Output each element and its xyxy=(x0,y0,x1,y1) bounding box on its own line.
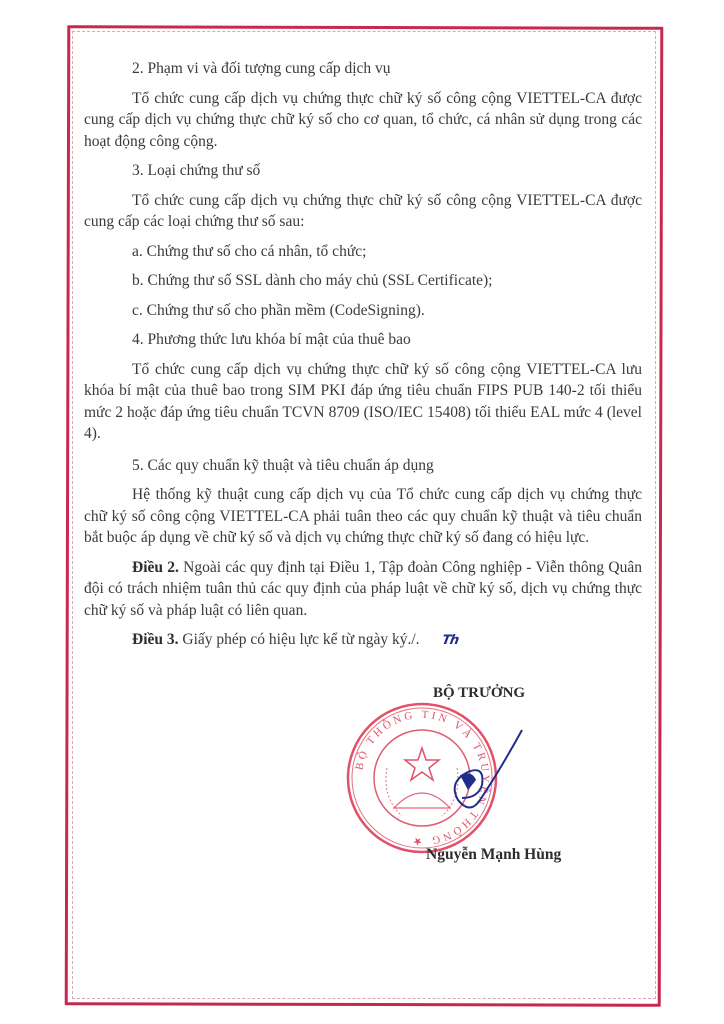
handwritten-initials: Th xyxy=(420,630,460,652)
section-2-heading: 2. Phạm vi và đối tượng cung cấp dịch vụ xyxy=(112,58,642,80)
article-3: Điều 3. Giấy phép có hiệu lực kể từ ngày… xyxy=(112,629,642,652)
article-3-text: Giấy phép có hiệu lực kể từ ngày ký./. xyxy=(179,631,420,648)
section-4-heading: 4. Phương thức lưu khóa bí mật của thuê … xyxy=(112,329,642,351)
handwritten-signature-icon xyxy=(440,720,550,820)
article-3-label: Điều 3. xyxy=(132,631,179,648)
section-3-heading: 3. Loại chứng thư số xyxy=(112,160,642,182)
section-5-heading: 5. Các quy chuẩn kỹ thuật và tiêu chuẩn … xyxy=(112,455,642,477)
list-item: b. Chứng thư số SSL dành cho máy chủ (SS… xyxy=(112,270,642,292)
list-item: a. Chứng thư số cho cá nhân, tổ chức; xyxy=(112,241,642,263)
section-2-body: Tổ chức cung cấp dịch vụ chứng thực chữ … xyxy=(84,88,642,153)
article-2-label: Điều 2. xyxy=(132,559,179,576)
document-body: 2. Phạm vi và đối tượng cung cấp dịch vụ… xyxy=(112,58,642,660)
article-2: Điều 2. Ngoài các quy định tại Điều 1, T… xyxy=(84,557,642,622)
section-5-body: Hệ thống kỹ thuật cung cấp dịch vụ của T… xyxy=(84,484,642,549)
section-3-body: Tổ chức cung cấp dịch vụ chứng thực chữ … xyxy=(84,190,642,233)
section-4-body: Tổ chức cung cấp dịch vụ chứng thực chữ … xyxy=(84,359,642,445)
signatory-name: Nguyễn Mạnh Hùng xyxy=(426,846,561,864)
list-item: c. Chứng thư số cho phần mềm (CodeSignin… xyxy=(112,300,642,322)
